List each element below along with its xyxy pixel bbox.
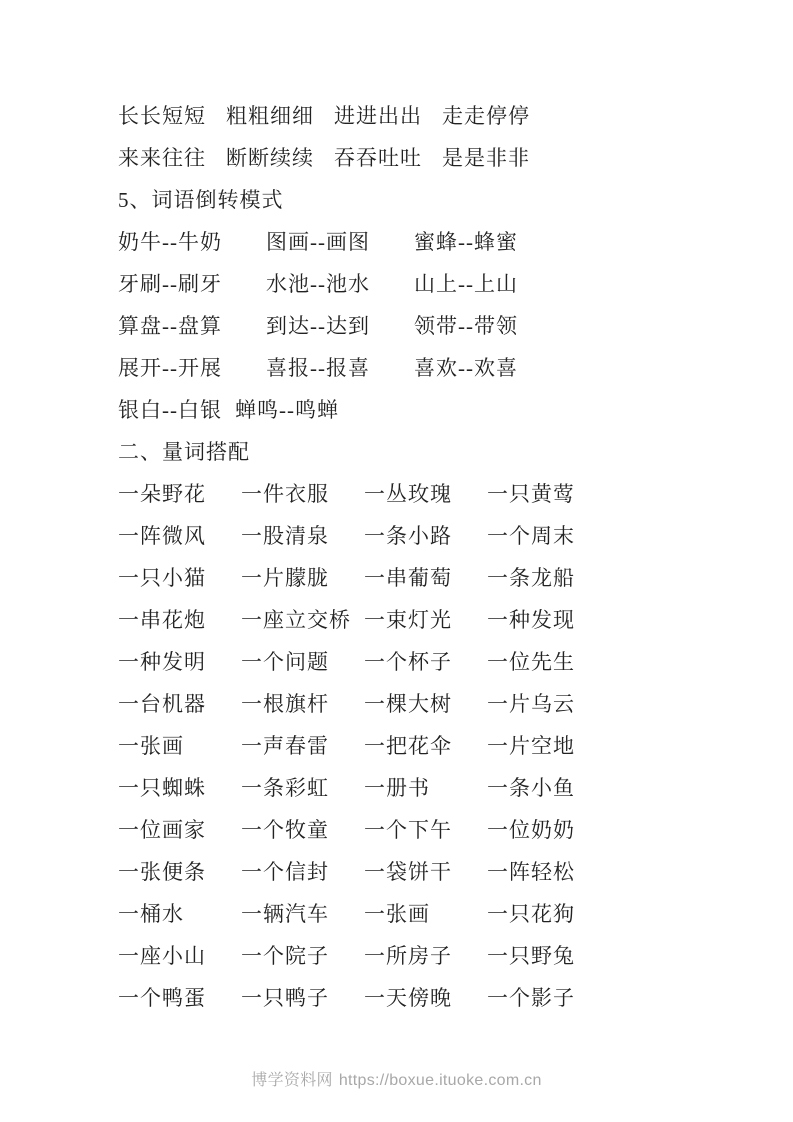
reversal-pair-item: 牙刷--刷牙 [118, 268, 266, 298]
watermark-footer: 博学资料网https://boxue.ituoke.com.cn [0, 1067, 793, 1090]
reversal-row: 银白--白银 蝉鸣--鸣蝉 [118, 388, 783, 430]
measure-phrase-item: 一串花炮 [118, 604, 241, 634]
doubled-word-item: 是是非非 [442, 142, 530, 172]
measure-phrase-item: 一声春雷 [241, 730, 364, 760]
doubled-word-item: 进进出出 [334, 100, 442, 130]
measure-row: 一阵微风 一股清泉 一条小路 一个周末 [118, 514, 783, 556]
measure-phrase-item: 一丛玫瑰 [364, 478, 487, 508]
measure-phrase-item: 一串葡萄 [364, 562, 487, 592]
reversal-row: 奶牛--牛奶 图画--画图 蜜蜂--蜂蜜 [118, 220, 783, 262]
reversal-pair-item: 领带--带领 [414, 310, 518, 340]
reversal-pair-item: 到达--达到 [266, 310, 414, 340]
reversal-pair-item: 奶牛--牛奶 [118, 226, 266, 256]
measure-phrase-item: 一个院子 [241, 940, 364, 970]
measure-phrase-item: 一所房子 [364, 940, 487, 970]
measure-phrase-item: 一只蜘蛛 [118, 772, 241, 802]
measure-phrase-item: 一只黄莺 [487, 478, 575, 508]
reversal-row: 展开--开展 喜报--报喜 喜欢--欢喜 [118, 346, 783, 388]
measure-phrase-item: 一座小山 [118, 940, 241, 970]
measure-section-heading: 二、量词搭配 [118, 430, 783, 472]
reversal-pair-item: 蜜蜂--蜂蜜 [414, 226, 518, 256]
measure-row: 一只小猫 一片朦胧 一串葡萄 一条龙船 [118, 556, 783, 598]
measure-phrase-item: 一个下午 [364, 814, 487, 844]
measure-phrase-item: 一个鸭蛋 [118, 982, 241, 1012]
reversal-row: 算盘--盘算 到达--达到 领带--带领 [118, 304, 783, 346]
measure-phrase-item: 一张画 [364, 898, 487, 928]
footer-site-url: https://boxue.ituoke.com.cn [339, 1072, 542, 1089]
measure-row: 一只蜘蛛 一条彩虹 一册书 一条小鱼 [118, 766, 783, 808]
measure-phrase-item: 一条小鱼 [487, 772, 575, 802]
reversal-pair-item: 山上--上山 [414, 268, 518, 298]
measure-phrase-item: 一个牧童 [241, 814, 364, 844]
measure-phrase-item: 一个问题 [241, 646, 364, 676]
measure-phrase-item: 一只小猫 [118, 562, 241, 592]
measure-phrase-item: 一阵微风 [118, 520, 241, 550]
measure-phrase-item: 一位先生 [487, 646, 575, 676]
measure-phrase-item: 一张画 [118, 730, 241, 760]
measure-phrase-item: 一台机器 [118, 688, 241, 718]
heading-text: 5、词语倒转模式 [118, 184, 284, 214]
doubled-word-item: 粗粗细细 [226, 100, 334, 130]
measure-row: 一朵野花 一件衣服 一丛玫瑰 一只黄莺 [118, 472, 783, 514]
measure-phrase-item: 一只鸭子 [241, 982, 364, 1012]
measure-phrase-item: 一片乌云 [487, 688, 575, 718]
measure-phrase-item: 一件衣服 [241, 478, 364, 508]
reversal-pair-item: 水池--池水 [266, 268, 414, 298]
measure-row: 一座小山 一个院子 一所房子 一只野兔 [118, 934, 783, 976]
measure-phrase-item: 一条小路 [364, 520, 487, 550]
footer-site-name: 博学资料网 [251, 1072, 333, 1089]
reversal-pair-item: 蝉鸣--鸣蝉 [235, 394, 339, 424]
doubled-word-item: 来来往往 [118, 142, 226, 172]
measure-phrase-item: 一种发明 [118, 646, 241, 676]
measure-phrase-item: 一片朦胧 [241, 562, 364, 592]
document-content: 长长短短 粗粗细细 进进出出 走走停停 来来往往 断断续续 吞吞吐吐 是是非非 … [118, 94, 783, 1018]
measure-phrase-item: 一束灯光 [364, 604, 487, 634]
doubled-word-item: 走走停停 [442, 100, 530, 130]
doubled-word-item: 长长短短 [118, 100, 226, 130]
doubled-word-item: 吞吞吐吐 [334, 142, 442, 172]
measure-phrase-item: 一位画家 [118, 814, 241, 844]
measure-phrase-item: 一个影子 [487, 982, 575, 1012]
measure-row: 一张画 一声春雷 一把花伞 一片空地 [118, 724, 783, 766]
measure-phrase-item: 一个周末 [487, 520, 575, 550]
reversal-row: 牙刷--刷牙 水池--池水 山上--上山 [118, 262, 783, 304]
measure-phrase-item: 一只野兔 [487, 940, 575, 970]
measure-phrase-item: 一个信封 [241, 856, 364, 886]
measure-phrase-item: 一把花伞 [364, 730, 487, 760]
measure-phrase-item: 一股清泉 [241, 520, 364, 550]
measure-row: 一个鸭蛋 一只鸭子 一天傍晚 一个影子 [118, 976, 783, 1018]
reversal-pair-item: 喜欢--欢喜 [414, 352, 518, 382]
doubled-words-row: 来来往往 断断续续 吞吞吐吐 是是非非 [118, 136, 783, 178]
measure-phrase-item: 一个杯子 [364, 646, 487, 676]
document-page: 长长短短 粗粗细细 进进出出 走走停停 来来往往 断断续续 吞吞吐吐 是是非非 … [0, 0, 793, 1122]
measure-row: 一张便条 一个信封 一袋饼干 一阵轻松 [118, 850, 783, 892]
measure-row: 一台机器 一根旗杆 一棵大树 一片乌云 [118, 682, 783, 724]
measure-phrase-item: 一片空地 [487, 730, 575, 760]
doubled-words-row: 长长短短 粗粗细细 进进出出 走走停停 [118, 94, 783, 136]
measure-row: 一桶水 一辆汽车 一张画 一只花狗 [118, 892, 783, 934]
measure-phrase-item: 一棵大树 [364, 688, 487, 718]
measure-phrase-item: 一册书 [364, 772, 487, 802]
measure-phrase-item: 一位奶奶 [487, 814, 575, 844]
reversal-pair-item: 算盘--盘算 [118, 310, 266, 340]
measure-phrase-item: 一辆汽车 [241, 898, 364, 928]
measure-phrase-item: 一只花狗 [487, 898, 575, 928]
measure-phrase-item: 一天傍晚 [364, 982, 487, 1012]
measure-phrase-item: 一种发现 [487, 604, 575, 634]
measure-phrase-item: 一座立交桥 [241, 604, 364, 634]
measure-row: 一种发明 一个问题 一个杯子 一位先生 [118, 640, 783, 682]
measure-phrase-item: 一根旗杆 [241, 688, 364, 718]
reversal-pair-item: 银白--白银 [118, 394, 222, 424]
measure-phrase-item: 一条彩虹 [241, 772, 364, 802]
measure-phrase-item: 一袋饼干 [364, 856, 487, 886]
measure-phrase-item: 一桶水 [118, 898, 241, 928]
measure-phrase-item: 一阵轻松 [487, 856, 575, 886]
measure-words-section: 二、量词搭配 一朵野花 一件衣服 一丛玫瑰 一只黄莺 一阵微风 一股清泉 一条小… [118, 430, 783, 1018]
measure-phrase-item: 一条龙船 [487, 562, 575, 592]
reversal-pair-item: 展开--开展 [118, 352, 266, 382]
measure-phrase-item: 一朵野花 [118, 478, 241, 508]
reversal-pair-item: 喜报--报喜 [266, 352, 414, 382]
reversal-pair-item: 图画--画图 [266, 226, 414, 256]
doubled-words-section: 长长短短 粗粗细细 进进出出 走走停停 来来往往 断断续续 吞吞吐吐 是是非非 [118, 94, 783, 178]
heading-text: 二、量词搭配 [118, 436, 250, 466]
reversal-section-heading: 5、词语倒转模式 [118, 178, 783, 220]
measure-row: 一位画家 一个牧童 一个下午 一位奶奶 [118, 808, 783, 850]
measure-phrase-item: 一张便条 [118, 856, 241, 886]
doubled-word-item: 断断续续 [226, 142, 334, 172]
reversal-section: 5、词语倒转模式 奶牛--牛奶 图画--画图 蜜蜂--蜂蜜 牙刷--刷牙 水池-… [118, 178, 783, 430]
measure-row: 一串花炮 一座立交桥 一束灯光 一种发现 [118, 598, 783, 640]
